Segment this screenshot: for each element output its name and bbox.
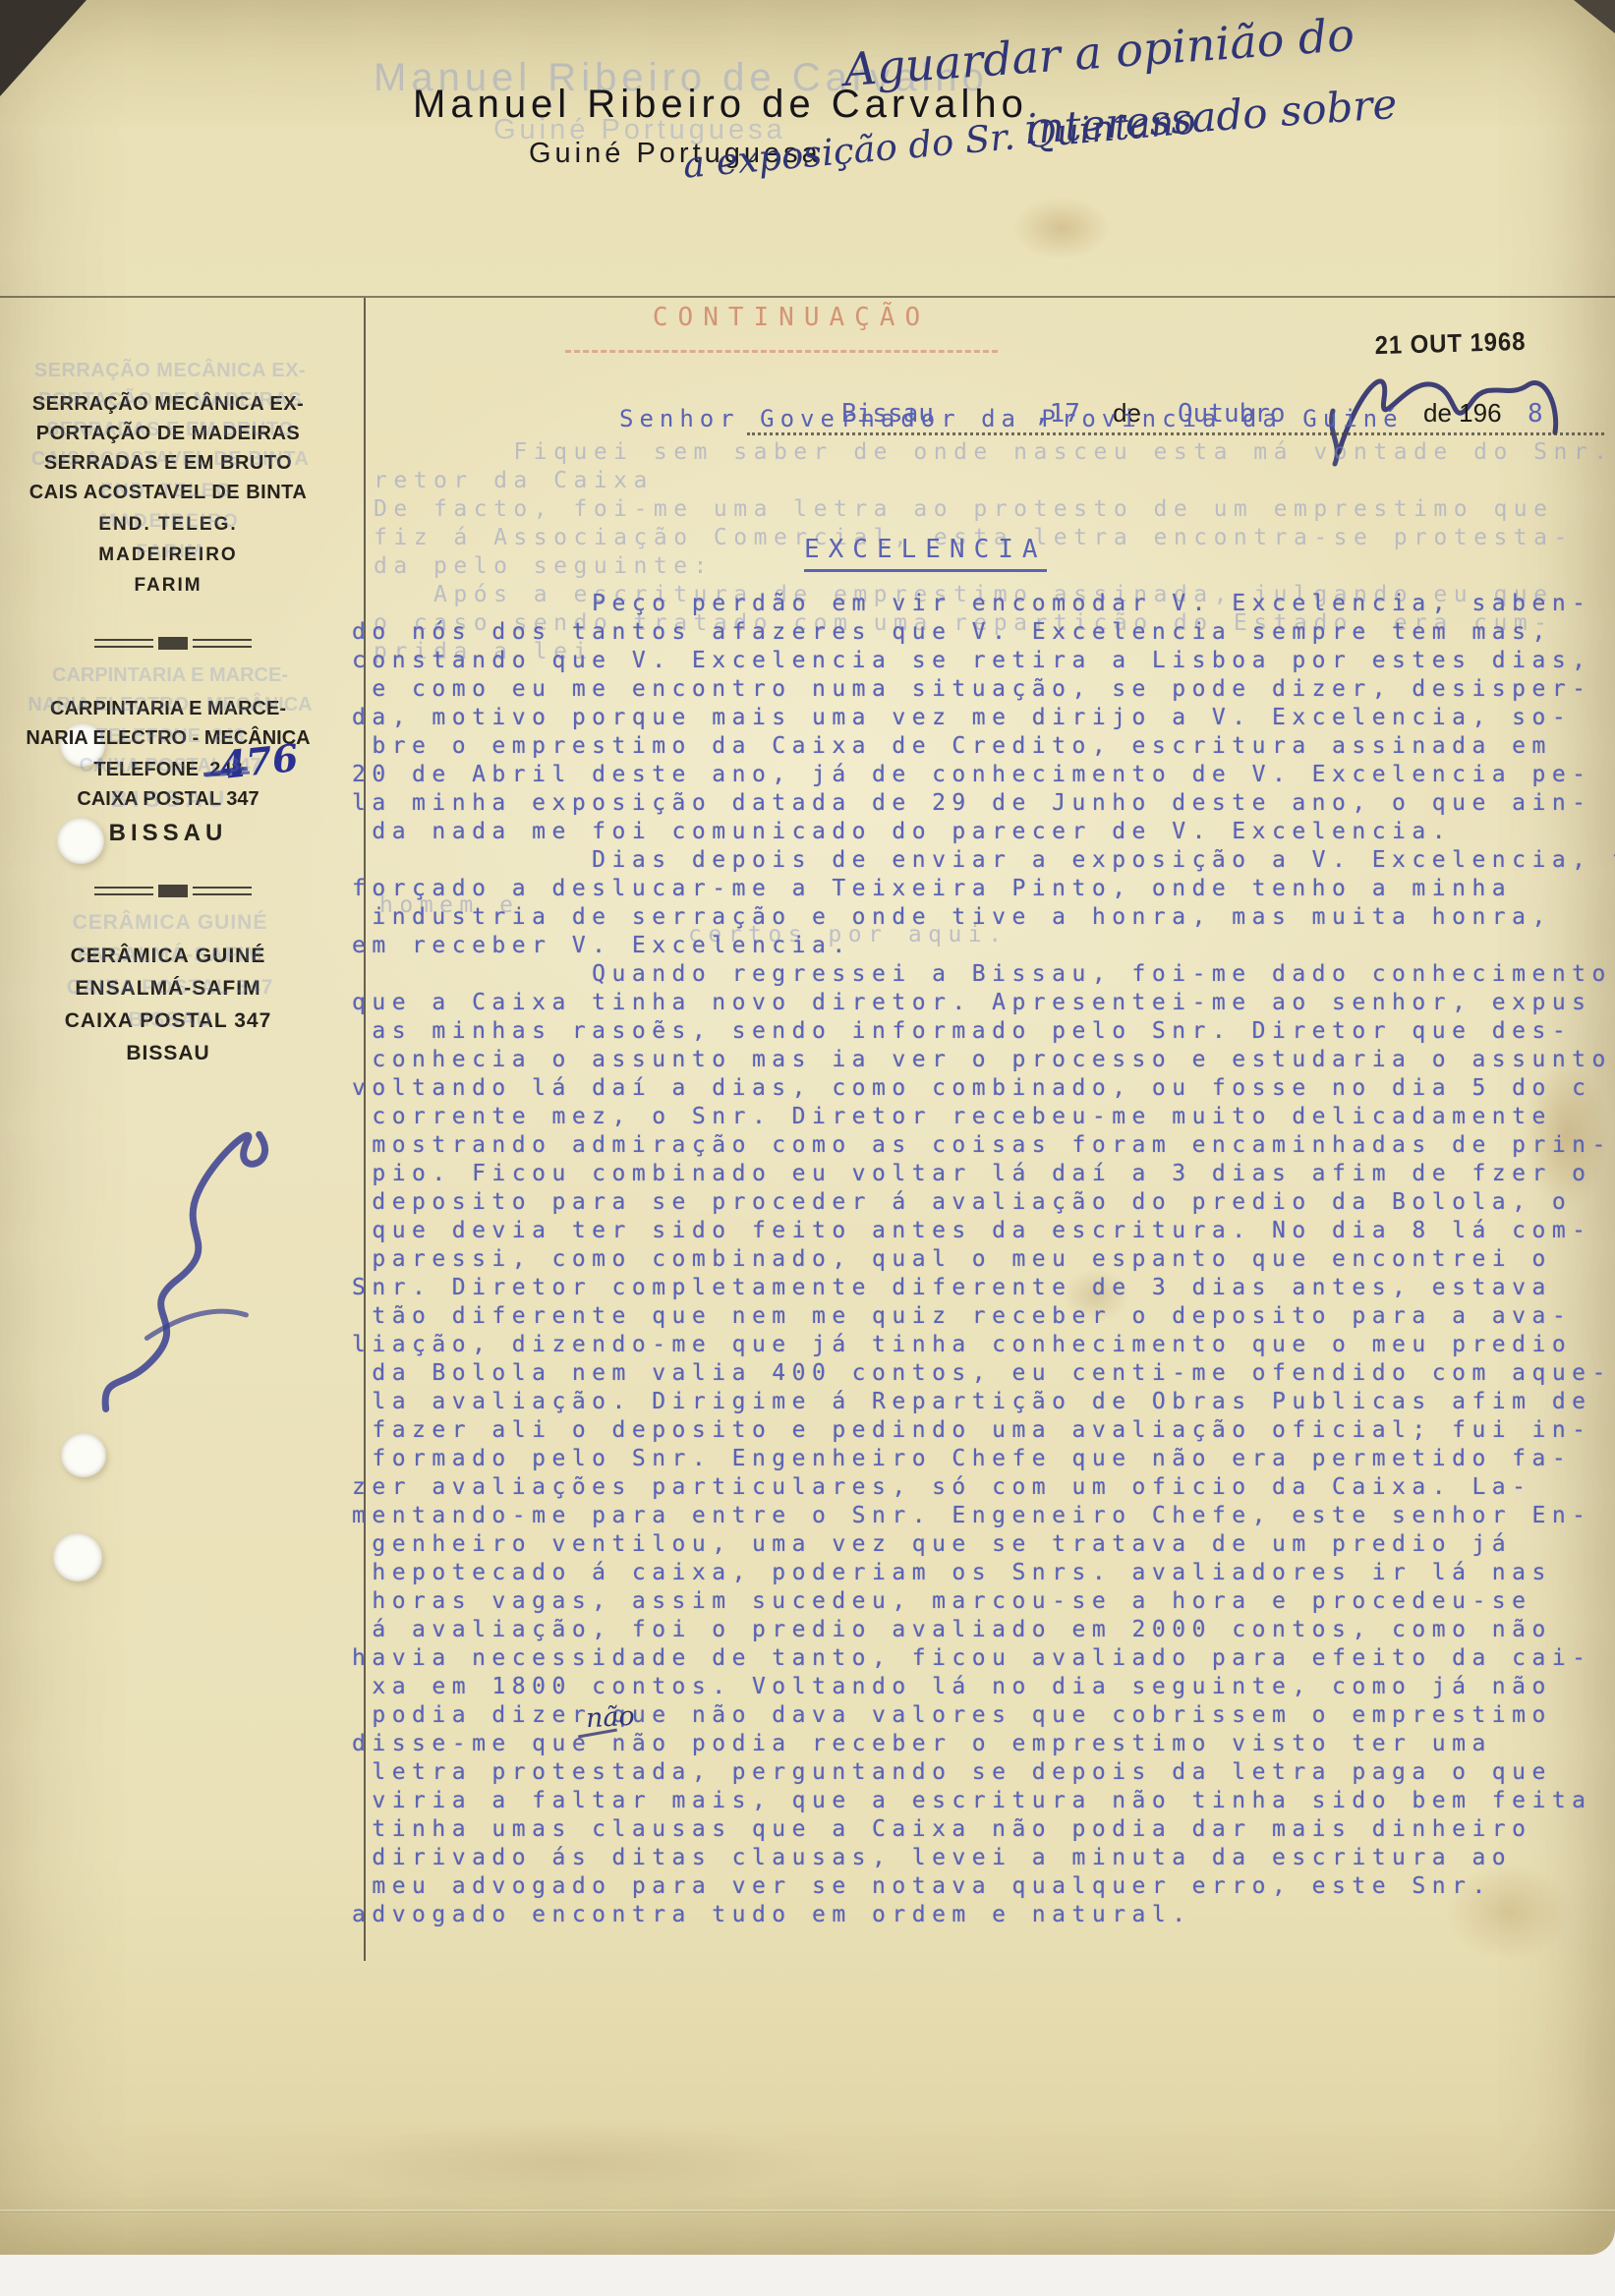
sidebar-telegraph-block: END. TELEG. MADEIREIRO FARIM: [26, 509, 311, 601]
telephone-label: TELEFONE: [93, 759, 199, 780]
sidebar-telephone-line: TELEFONE 243 476: [26, 759, 311, 781]
sidebar-carpintaria-line1: CARPINTARIA E MARCE-: [26, 698, 311, 720]
sidebar-caixa-postal: CAIXA POSTAL 347: [26, 788, 311, 811]
sidebar-serracao-block: SERRAÇÃO MECÂNICA EX- PORTAÇÃO DE MADEIR…: [26, 389, 311, 507]
horizontal-rule: [0, 296, 1615, 298]
punch-hole: [53, 1533, 102, 1581]
telephone-new-number-handwritten: 476: [218, 735, 301, 787]
letter-salutation: EXCELENCIA: [804, 535, 1047, 572]
date-year-digit: 8: [1528, 399, 1543, 429]
divider-line: [193, 887, 252, 895]
divider-line: [94, 639, 153, 648]
divider-line: [94, 887, 153, 895]
sidebar-divider-ornament: [94, 637, 252, 650]
stain: [1012, 197, 1111, 259]
letter-addressee: Senhor Governador da Provincia da Guiné: [619, 405, 1404, 432]
paper-crease: [0, 2210, 1615, 2212]
signature-left-margin: [78, 1107, 307, 1450]
continuation-ghost-stamp: CONTINUAÇÃO: [590, 303, 993, 332]
sidebar-ceramica-block: CERÂMICA GUINÉ ENSALMÁ-SAFIM CAIXA POSTA…: [26, 940, 311, 1069]
divider-line: [193, 639, 252, 648]
divider-block: [158, 885, 188, 897]
stain: [315, 2123, 826, 2202]
sidebar-divider-ornament: [94, 885, 252, 897]
punch-hole: [61, 1433, 106, 1477]
date-preprinted-de-196: de 196: [1423, 398, 1502, 429]
letter-body: Peço perdão em vir encomodar V. Excelenc…: [352, 590, 1615, 1929]
scanned-letter-page: Manuel Ribeiro de Carvalho Guiné Portugu…: [0, 0, 1615, 2296]
sidebar-bissau: BISSAU: [26, 820, 311, 847]
continuation-underline: [565, 350, 998, 353]
divider-block: [158, 637, 188, 650]
